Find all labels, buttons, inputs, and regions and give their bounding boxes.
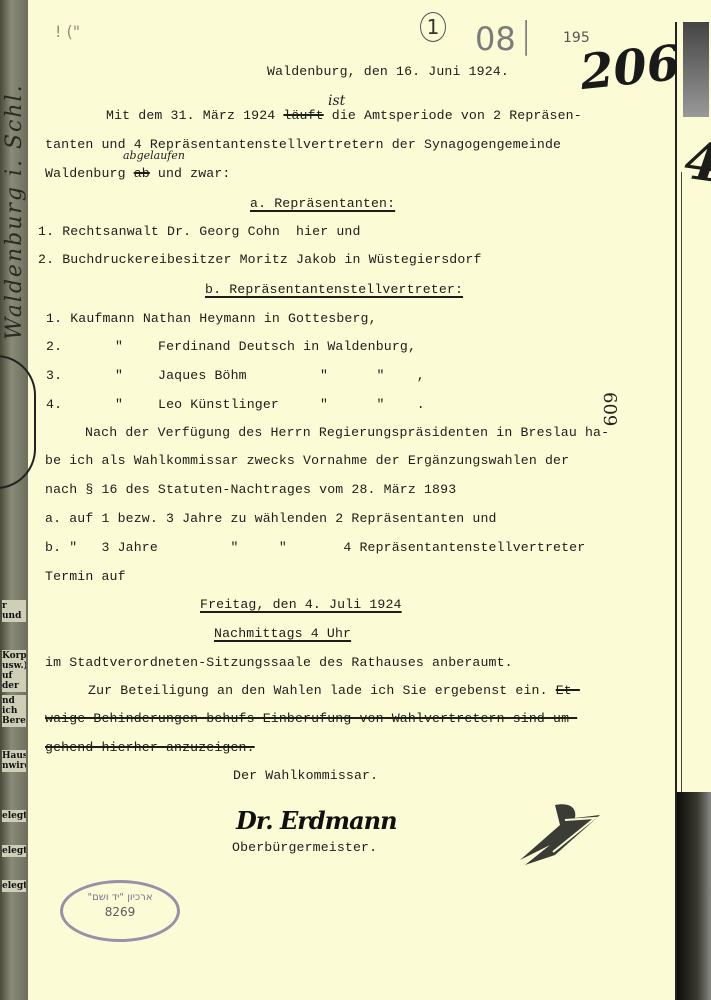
- ditto-mark: ": [115, 339, 123, 354]
- newspaper-clip: elegt.: [2, 810, 26, 822]
- section-b-item-name: Leo Künstlinger: [158, 397, 279, 412]
- section-b-item: 3.: [46, 368, 62, 383]
- left-binding-strip: Waldenburg i. Schl. r und Korpo- usw.) u…: [0, 0, 28, 1000]
- folio-number: 609: [599, 392, 620, 426]
- corner-pencil-marks: ! (": [55, 22, 80, 41]
- place-date: Waldenburg, den 16. Juni 1924.: [267, 64, 509, 79]
- separator-stroke: |: [520, 15, 532, 56]
- document-page: Waldenburg i. Schl. r und Korpo- usw.) u…: [0, 0, 711, 1000]
- para2-line-2: be ich als Wahlkommissar zwecks Vornahme…: [45, 453, 569, 468]
- newspaper-clip: r und: [2, 600, 26, 622]
- para2-line-4: a. auf 1 bezw. 3 Jahre zu wählenden 2 Re…: [45, 511, 497, 526]
- circled-number: 1: [420, 12, 446, 42]
- section-b-item: 1. Kaufmann Nathan Heymann in Gottesberg…: [46, 311, 377, 326]
- newspaper-clip: nd ich Bereche: [2, 695, 26, 727]
- section-b-item: 4.: [46, 397, 62, 412]
- handwritten-insertion: ist: [328, 93, 345, 109]
- margin-handwriting: Waldenburg i. Schl.: [2, 20, 26, 340]
- para2-line-1: Nach der Verfügung des Herrn Regierungsp…: [85, 425, 609, 440]
- handwritten-insertion: abgelaufen: [123, 149, 185, 162]
- para2-line-6: Termin auf: [45, 569, 126, 584]
- meeting-date: Freitag, den 4. Juli 1924: [200, 597, 402, 612]
- initial-mark: [515, 800, 605, 870]
- intro-line-1: Mit dem 31. März 1924 läuft die Amtsperi…: [106, 108, 582, 123]
- section-b-item-name: Jaques Böhm: [158, 368, 247, 383]
- newspaper-clip: elegt.: [2, 880, 26, 892]
- intro-line-3: Waldenburg ab und zwar:: [45, 166, 230, 181]
- newspaper-clip: elegt.: [2, 845, 26, 857]
- section-a-item: 1. Rechtsanwalt Dr. Georg Cohn hier und: [38, 224, 361, 239]
- meeting-time: Nachmittags 4 Uhr: [214, 626, 351, 641]
- archive-stamp: ארכיון "יד ושם" 8269: [60, 880, 180, 942]
- partial-seal-stamp: [0, 355, 36, 489]
- newspaper-clip: Haus- nwird: [2, 750, 26, 772]
- invite-line-1: Zur Beteiligung an den Wahlen lade ich S…: [88, 683, 580, 698]
- struck-word: läuft: [283, 108, 323, 123]
- right-page-edge: 4: [671, 22, 711, 1000]
- signature: Dr. Erdmann: [236, 806, 397, 835]
- ditto-mark: ": [115, 397, 123, 412]
- section-b-item: 2.: [46, 339, 62, 354]
- signer-title: Oberbürgermeister.: [232, 840, 377, 855]
- section-a-item: 2. Buchdruckereibesitzer Moritz Jakob in…: [38, 252, 482, 267]
- section-b-heading: b. Repräsentantenstellvertreter:: [205, 282, 463, 297]
- section-b-item-name: Ferdinand Deutsch in Waldenburg,: [158, 339, 416, 354]
- invite-line-2-struck: waige Behinderungen behufs Einberufung v…: [45, 711, 577, 726]
- section-b-item-place: " " ,: [320, 368, 425, 383]
- ditto-mark: ": [115, 368, 123, 383]
- section-b-item-place: " " .: [320, 397, 425, 412]
- reference-number: 08: [475, 20, 516, 58]
- para2-line-5: b. " 3 Jahre " " 4 Repräsentantenstellve…: [45, 540, 585, 555]
- meeting-location: im Stadtverordneten-Sitzungssaale des Ra…: [45, 655, 513, 670]
- section-a-heading: a. Repräsentanten:: [250, 196, 395, 211]
- closing-title: Der Wahlkommissar.: [233, 768, 378, 783]
- newspaper-clip: Korpo- usw.) uf der: [2, 650, 26, 692]
- para2-line-3: nach § 16 des Statuten-Nachtrages vom 28…: [45, 482, 456, 497]
- invite-line-3-struck: gehend hierher anzuzeigen.: [45, 740, 255, 755]
- pen-number: 206: [577, 35, 683, 101]
